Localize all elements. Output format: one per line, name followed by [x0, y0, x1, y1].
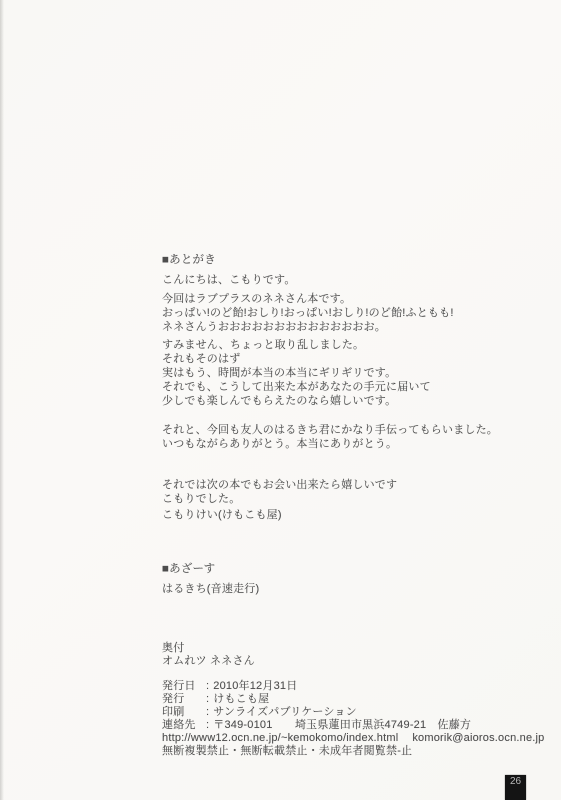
afterword-paragraph: すみません、ちょっと取り乱しました。 それもそのはず 実はもう、時間が本当の本当…	[162, 338, 532, 380]
row-value: 〒349-0101 埼玉県蓮田市黒浜4749-21 佐藤方	[213, 719, 471, 732]
afterword-paragraph: それでは次の本でもお会い出来たら嬉しいです こもりでした。	[162, 478, 532, 506]
afterword-heading: ■あとがき	[162, 253, 532, 267]
afterword-section: ■あとがき こんにちは、こもりです。 今回はラブプラスのネネさん本です。 おっぱ…	[162, 253, 532, 758]
row-label: 連絡先	[162, 719, 206, 732]
afterword-line: それでも、こうして出来た本があなたの手元に届いて	[162, 380, 532, 394]
colophon-section: 奥付 オムれツ ネネさん 発行日:2010年12月31日 発行:けもこも屋 印刷…	[162, 642, 532, 758]
row-separator: :	[206, 706, 209, 719]
afterword-paragraph: それと、今回も友人のはるきち君にかなり手伝ってもらいました。 いつもながらありが…	[162, 423, 532, 451]
page-number: 26	[505, 776, 526, 787]
row-separator: :	[206, 680, 209, 693]
author-signature: こもりけい(けもこも屋)	[162, 508, 532, 522]
afterword-paragraph: それでも、こうして出来た本があなたの手元に届いて 少しでも楽しんでもらえたのなら…	[162, 380, 532, 408]
thanks-heading: ■あざーす	[162, 562, 532, 576]
afterword-paragraph: 今回はラブプラスのネネさん本です。 おっぱい!のど飴!おしり!おっぱい!おしり!…	[162, 292, 532, 334]
afterword-line: 実はもう、時間が本当の本当にギリギリです。	[162, 366, 532, 380]
colophon-row-contact: 連絡先:〒349-0101 埼玉県蓮田市黒浜4749-21 佐藤方	[162, 719, 532, 732]
afterword-line: こもりでした。	[162, 492, 532, 506]
row-value: けもこも屋	[213, 693, 269, 706]
row-separator: :	[206, 693, 209, 706]
afterword-line: 少しでも楽しんでもらえたのなら嬉しいです。	[162, 394, 532, 408]
colophon-row-publish-date: 発行日:2010年12月31日	[162, 680, 532, 693]
copyright-notice: 無断複製禁止・無断転載禁止・未成年者閲覧禁-止	[162, 745, 532, 758]
row-label: 印刷	[162, 706, 206, 719]
contact-links: http://www12.ocn.ne.jp/~kemokomo/index.h…	[162, 732, 532, 745]
afterword-line: いつもながらありがとう。本当にありがとう。	[162, 437, 532, 451]
row-label: 発行	[162, 693, 206, 706]
afterword-paragraph: こんにちは、こもりです。	[162, 273, 532, 287]
afterword-line: すみません、ちょっと取り乱しました。	[162, 338, 532, 352]
scanned-page: ■あとがき こんにちは、こもりです。 今回はラブプラスのネネさん本です。 おっぱ…	[0, 0, 561, 800]
website-url: http://www12.ocn.ne.jp/~kemokomo/index.h…	[162, 732, 398, 744]
colophon-row-printer: 印刷:サンライズパブリケーション	[162, 706, 532, 719]
colophon-rows: 発行日:2010年12月31日 発行:けもこも屋 印刷:サンライズパブリケーショ…	[162, 680, 532, 758]
thanks-credit-name: はるきち(音速走行)	[162, 582, 532, 596]
afterword-line: 今回はラブプラスのネネさん本です。	[162, 292, 532, 306]
afterword-line: それと、今回も友人のはるきち君にかなり手伝ってもらいました。	[162, 423, 532, 437]
afterword-line: こんにちは、こもりです。	[162, 273, 532, 287]
page-number-tab: 26	[505, 775, 526, 800]
colophon-row-publisher: 発行:けもこも屋	[162, 693, 532, 706]
row-label: 発行日	[162, 680, 206, 693]
row-value: 2010年12月31日	[213, 680, 297, 693]
book-title: オムれツ ネネさん	[162, 655, 532, 668]
email-address: komorik@aioros.ocn.ne.jp	[412, 732, 544, 744]
afterword-line: ネネさんうおおおおおおおおおおおおおお。	[162, 320, 532, 334]
afterword-line: おっぱい!のど飴!おしり!おっぱい!おしり!のど飴!ふともも!	[162, 306, 532, 320]
row-separator: :	[206, 719, 209, 732]
row-value: サンライズパブリケーション	[213, 706, 357, 719]
colophon-heading: 奥付	[162, 642, 532, 655]
scan-edge-artifact	[0, 0, 4, 800]
afterword-line: それもそのはず	[162, 352, 532, 366]
afterword-line: それでは次の本でもお会い出来たら嬉しいです	[162, 478, 532, 492]
afterword-line: こもりけい(けもこも屋)	[162, 508, 532, 522]
